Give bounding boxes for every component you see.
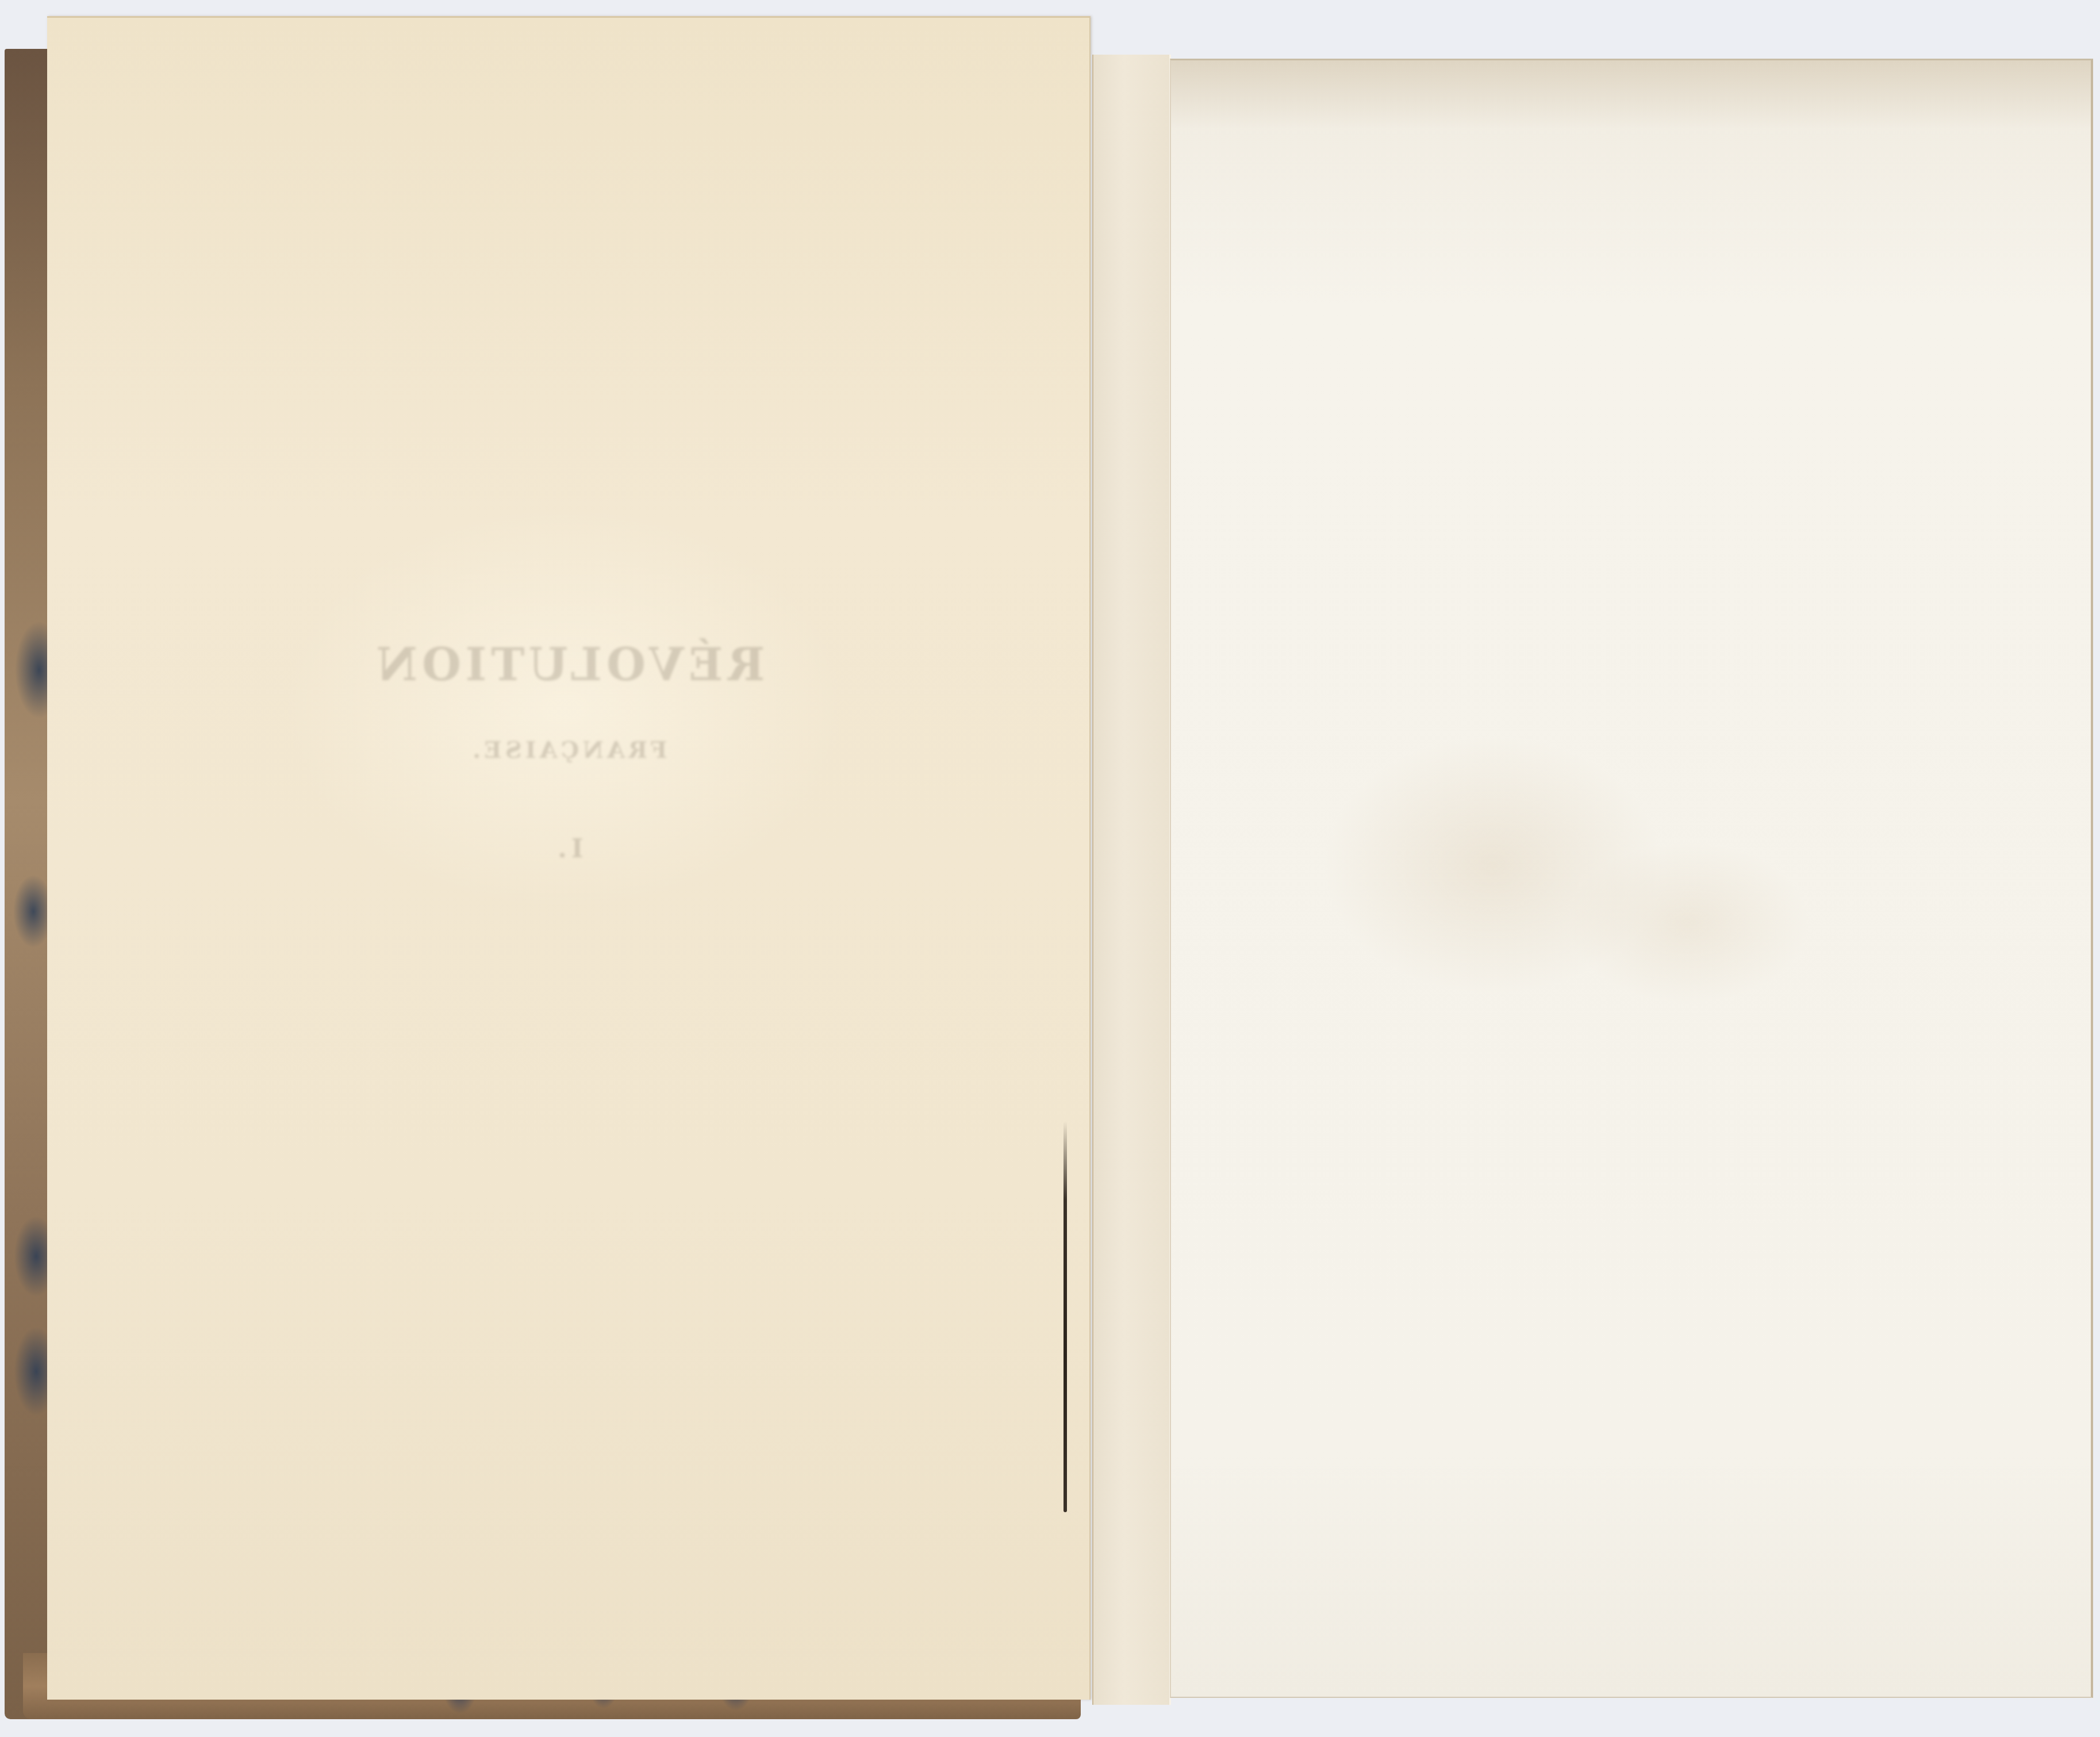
gutter-tear: [1064, 1121, 1067, 1512]
foxing-stain: [1171, 60, 2091, 129]
show-through-title: RÉVOLUTION: [47, 639, 1089, 691]
gutter-strip: [1092, 55, 1171, 1705]
right-page: [1170, 59, 2093, 1698]
left-page: RÉVOLUTION FRANÇAISE. I.: [47, 16, 1091, 1700]
show-through-subtitle: FRANÇAISE.: [47, 737, 1089, 764]
show-through-volume-number: I.: [47, 834, 1089, 864]
